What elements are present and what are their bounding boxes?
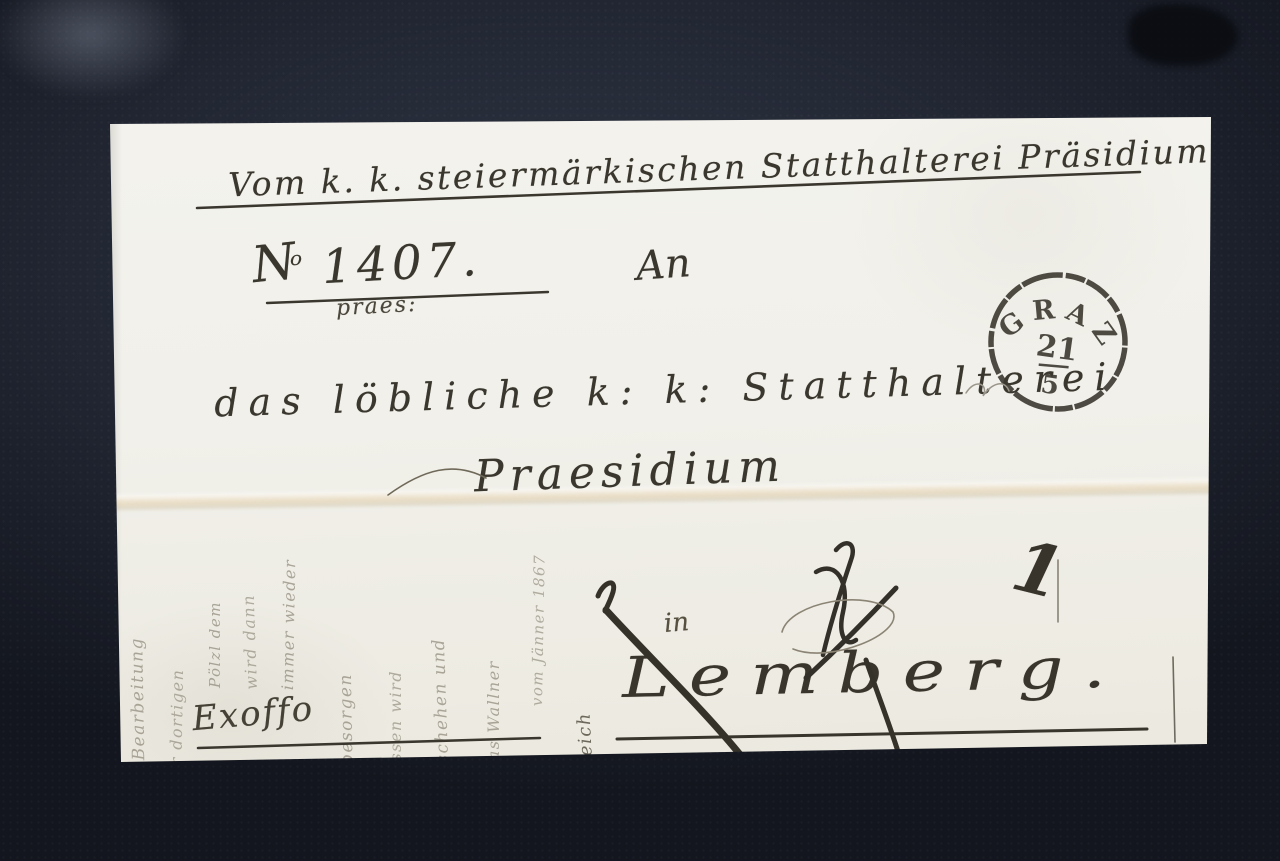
vertical-note: geschehen und xyxy=(425,525,454,788)
background-highlight xyxy=(0,0,220,120)
docket-number: 1407. xyxy=(321,232,483,295)
vertical-note: vom Jänner 1867 xyxy=(528,538,549,706)
ink-strokes-overlay xyxy=(0,0,1280,861)
folded-letter-cover: Vom k. k. steiermärkischen Statthalterei… xyxy=(0,0,1280,861)
praes-notation: praes: xyxy=(335,292,418,321)
background-shadow-spot xyxy=(1128,4,1238,66)
ink-ff-mark-stroke-1 xyxy=(823,543,853,655)
right-edge-pen-line xyxy=(1173,657,1175,742)
salutation-an: An xyxy=(634,240,692,290)
rate-mark-numeral: 1 xyxy=(1005,523,1072,615)
exoffo-franchise-mark: Exoffo xyxy=(190,689,315,739)
vertical-note: das Wallner xyxy=(484,532,503,772)
destination-underline xyxy=(617,729,1147,739)
large-flourish-hook xyxy=(598,583,614,611)
vertical-note: Pölzl dem xyxy=(206,520,224,688)
postmark-day: 21 xyxy=(1034,328,1080,368)
vertical-note: zur Bearbeitung xyxy=(125,515,150,800)
ink-ff-mark-stroke-2 xyxy=(816,569,856,643)
vertical-note: müssen wird xyxy=(386,522,405,790)
vertical-note: der dortigen xyxy=(166,523,190,788)
docket-no-superscript: o xyxy=(290,246,302,270)
address-line-2: Praesidium xyxy=(473,441,786,503)
address-in-word: in xyxy=(663,607,691,639)
vertical-note: zu besorgen xyxy=(333,520,358,795)
graz-circular-postmark: GRAZ 21 5 xyxy=(972,256,1144,428)
destination-lemberg: Lemberg. xyxy=(621,635,1125,711)
photo-of-1867-austrian-folded-letter: Vom k. k. steiermärkischen Statthalterei… xyxy=(0,0,1280,861)
vertical-note: immer wieder xyxy=(278,510,300,690)
sender-line: Vom k. k. steiermärkischen Statthalterei… xyxy=(228,131,1224,205)
postmark-month: 5 xyxy=(1039,369,1061,401)
vertical-note: wird dann xyxy=(236,511,261,690)
